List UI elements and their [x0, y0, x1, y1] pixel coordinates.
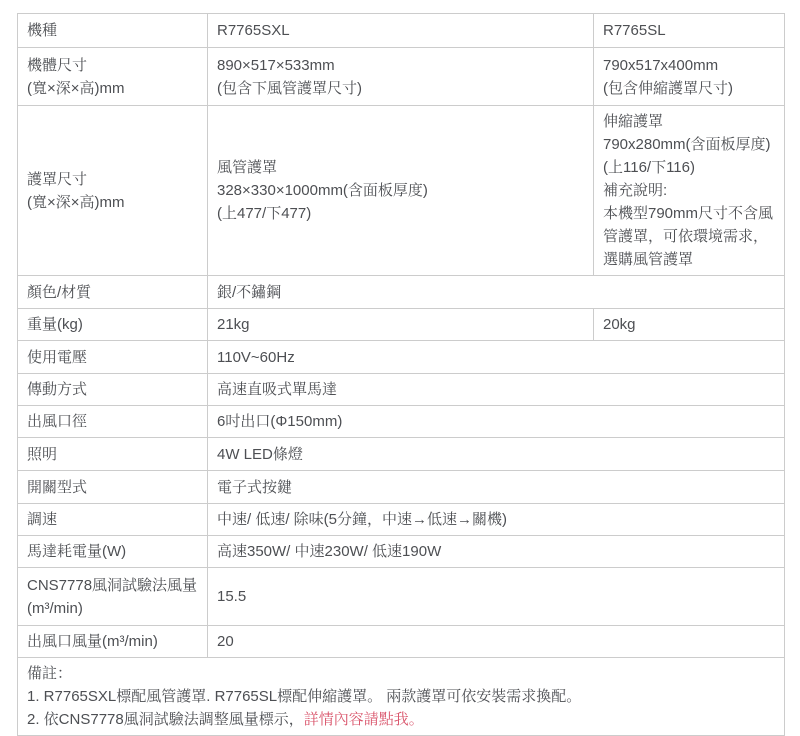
motor-power-value: 高速350W/ 中速230W/ 低速190W: [208, 536, 785, 568]
body-size-sl-line1: 790x517x400mm: [603, 54, 775, 77]
cover-size-sxl-line3: (上477/下477): [217, 202, 584, 225]
cover-size-label: 護罩尺寸 (寬×深×高)mm: [18, 106, 208, 276]
weight-label: 重量(kg): [18, 309, 208, 341]
notes-detail-link[interactable]: 詳情內容請點我。: [304, 711, 424, 728]
body-size-sl-line2: (包含伸縮護罩尺寸): [603, 77, 775, 100]
row-body-size: 機體尺寸 (寬×深×高)mm 890×517×533mm (包含下風管護罩尺寸)…: [18, 48, 785, 106]
color-material-value: 銀/不鏽鋼: [208, 276, 785, 309]
notes-item-1: 1. R7765SXL標配風管護罩. R7765SL標配伸縮護罩。 兩款護罩可依…: [27, 685, 775, 708]
weight-value-sl: 20kg: [594, 309, 785, 341]
cover-size-sl-line2: 790x280mm(含面板厚度): [603, 133, 775, 156]
spec-table: 機種 R7765SXL R7765SL 機體尺寸 (寬×深×高)mm 890×5…: [17, 13, 785, 736]
outlet-airflow-label: 出風口風量(m³/min): [18, 626, 208, 658]
notes-item-2-text: 2. 依CNS7778風洞試驗法調整風量標示，: [27, 711, 304, 728]
model-label: 機種: [18, 14, 208, 48]
notes-cell: 備註： 1. R7765SXL標配風管護罩. R7765SL標配伸縮護罩。 兩款…: [18, 658, 785, 736]
body-size-value-sl: 790x517x400mm (包含伸縮護罩尺寸): [594, 48, 785, 106]
body-size-sxl-line2: (包含下風管護罩尺寸): [217, 77, 584, 100]
speed-control-value: 中速/ 低速/ 除味(5分鐘，中速→低速→關機): [208, 504, 785, 536]
color-material-label: 顏色/材質: [18, 276, 208, 309]
row-drive: 傳動方式 高速直吸式單馬達: [18, 374, 785, 406]
drive-label: 傳動方式: [18, 374, 208, 406]
cover-size-sl-line4: 補充說明:: [603, 179, 775, 202]
speed-control-label: 調速: [18, 504, 208, 536]
row-cns-airflow: CNS7778風洞試驗法風量 (m³/min) 15.5: [18, 568, 785, 626]
row-model: 機種 R7765SXL R7765SL: [18, 14, 785, 48]
lighting-label: 照明: [18, 438, 208, 471]
switch-type-value: 電子式按鍵: [208, 471, 785, 504]
cover-size-sl-line1: 伸縮護罩: [603, 110, 775, 133]
row-outlet-diameter: 出風口徑 6吋出口(Φ150mm): [18, 406, 785, 438]
body-size-sxl-line1: 890×517×533mm: [217, 54, 584, 77]
weight-value-sxl: 21kg: [208, 309, 594, 341]
row-speed-control: 調速 中速/ 低速/ 除味(5分鐘，中速→低速→關機): [18, 504, 785, 536]
row-notes: 備註： 1. R7765SXL標配風管護罩. R7765SL標配伸縮護罩。 兩款…: [18, 658, 785, 736]
cover-size-sxl-line2: 328×330×1000mm(含面板厚度): [217, 179, 584, 202]
outlet-diameter-label: 出風口徑: [18, 406, 208, 438]
body-size-label-line2: (寬×深×高)mm: [27, 77, 198, 100]
cns-airflow-label-line2: (m³/min): [27, 597, 198, 620]
spec-page: 機種 R7765SXL R7765SL 機體尺寸 (寬×深×高)mm 890×5…: [0, 0, 800, 732]
body-size-label-line1: 機體尺寸: [27, 54, 198, 77]
cover-size-value-sl: 伸縮護罩 790x280mm(含面板厚度) (上116/下116) 補充說明: …: [594, 106, 785, 276]
row-cover-size: 護罩尺寸 (寬×深×高)mm 風管護罩 328×330×1000mm(含面板厚度…: [18, 106, 785, 276]
cover-size-label-line2: (寬×深×高)mm: [27, 191, 198, 214]
row-color-material: 顏色/材質 銀/不鏽鋼: [18, 276, 785, 309]
cover-size-sl-line3: (上116/下116): [603, 156, 775, 179]
switch-type-label: 開關型式: [18, 471, 208, 504]
notes-title: 備註：: [27, 662, 775, 685]
cns-airflow-label-line1: CNS7778風洞試驗法風量: [27, 574, 198, 597]
body-size-value-sxl: 890×517×533mm (包含下風管護罩尺寸): [208, 48, 594, 106]
voltage-value: 110V~60Hz: [208, 341, 785, 374]
model-value-sl: R7765SL: [594, 14, 785, 48]
row-outlet-airflow: 出風口風量(m³/min) 20: [18, 626, 785, 658]
notes-item-2: 2. 依CNS7778風洞試驗法調整風量標示，詳情內容請點我。: [27, 708, 775, 731]
cover-size-sxl-line1: 風管護罩: [217, 156, 584, 179]
model-value-sxl: R7765SXL: [208, 14, 594, 48]
cns-airflow-value: 15.5: [208, 568, 785, 626]
row-weight: 重量(kg) 21kg 20kg: [18, 309, 785, 341]
outlet-diameter-value: 6吋出口(Φ150mm): [208, 406, 785, 438]
cover-size-sl-line5: 本機型790mm尺寸不含風管護罩，可依環境需求，選購風管護罩: [603, 202, 775, 271]
drive-value: 高速直吸式單馬達: [208, 374, 785, 406]
row-lighting: 照明 4W LED條燈: [18, 438, 785, 471]
row-voltage: 使用電壓 110V~60Hz: [18, 341, 785, 374]
voltage-label: 使用電壓: [18, 341, 208, 374]
body-size-label: 機體尺寸 (寬×深×高)mm: [18, 48, 208, 106]
lighting-value: 4W LED條燈: [208, 438, 785, 471]
outlet-airflow-value: 20: [208, 626, 785, 658]
cns-airflow-label: CNS7778風洞試驗法風量 (m³/min): [18, 568, 208, 626]
motor-power-label: 馬達耗電量(W): [18, 536, 208, 568]
cover-size-value-sxl: 風管護罩 328×330×1000mm(含面板厚度) (上477/下477): [208, 106, 594, 276]
row-motor-power: 馬達耗電量(W) 高速350W/ 中速230W/ 低速190W: [18, 536, 785, 568]
row-switch-type: 開關型式 電子式按鍵: [18, 471, 785, 504]
cover-size-label-line1: 護罩尺寸: [27, 168, 198, 191]
